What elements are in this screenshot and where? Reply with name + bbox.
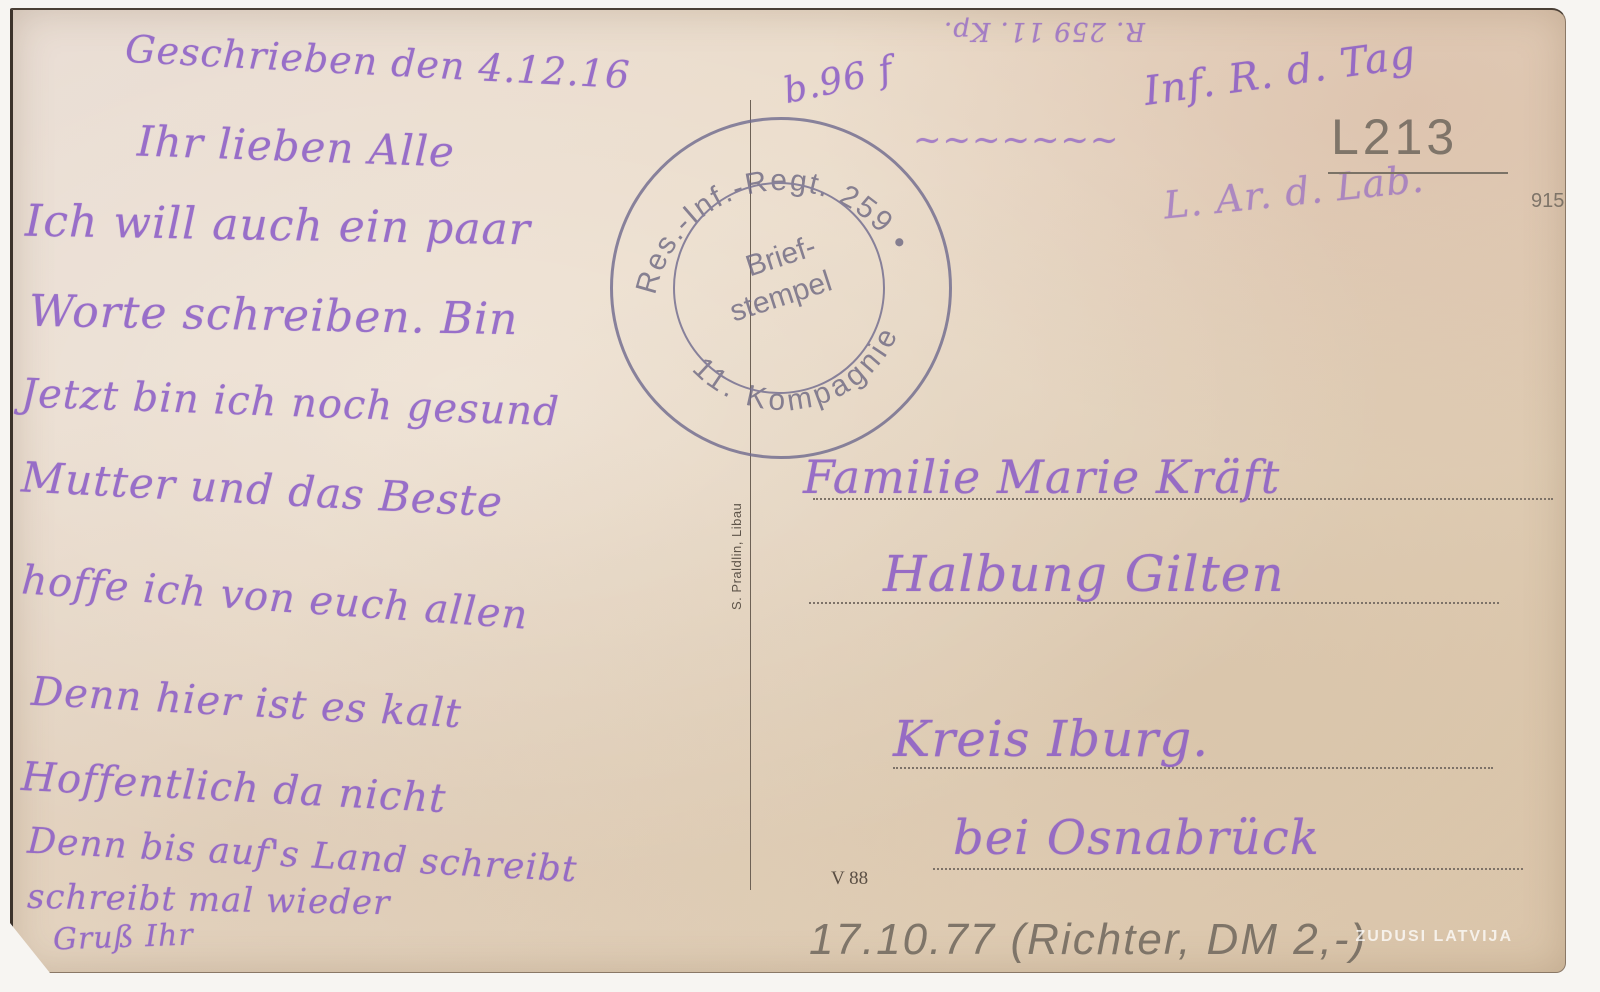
message-line: Ich will auch ein paar — [25, 196, 532, 256]
acquisition-note: 17.10.77 (Richter, DM 2,-) — [809, 915, 1367, 965]
catalog-code: L213 — [1331, 108, 1458, 166]
recipient-address: bei Osnabrück — [953, 810, 1320, 866]
message-line: Denn hier ist es kalt — [30, 669, 463, 737]
message-line: Hoffentlich da nicht — [20, 754, 447, 822]
message-line: Gruß Ihr — [52, 918, 194, 958]
series-number: V 88 — [831, 868, 868, 890]
sender-line: ~~~~~~~ — [913, 120, 1119, 160]
sender-line: L. Ar. d. Lab. — [1161, 156, 1426, 227]
recipient-address: Halbung Gilten — [883, 545, 1285, 603]
regiment-postal-stamp: Res.-Inf.-Regt. 259 • 11. Kompagnie Brie… — [610, 117, 952, 459]
message-line: hoffe ich von euch allen — [20, 557, 530, 638]
catalog-underline — [1328, 172, 1508, 174]
message-line: Worte schreiben. Bin — [29, 286, 519, 346]
publisher-imprint: S. Praldlin, Libau — [729, 503, 744, 610]
recipient-address: Familie Marie Kräft — [803, 450, 1280, 504]
sender-line: R. 259 11. Kp. — [943, 16, 1145, 46]
message-line: schreibt mal wieder — [27, 877, 391, 923]
address-line-4 — [933, 868, 1523, 870]
watermark: ZUDUSI LATVIJA — [1356, 928, 1513, 946]
message-line: Ihr lieben Alle — [136, 116, 456, 176]
message-line: Mutter und das Beste — [20, 452, 504, 526]
page-mark: 915 — [1531, 190, 1564, 213]
sender-line: b.96 f — [780, 49, 897, 112]
sender-line: Inf. R. d. Tag — [1141, 31, 1419, 115]
message-line: Geschrieben den 4.12.16 — [124, 27, 631, 97]
message-line: Jetzt bin ich noch gesund — [20, 371, 560, 436]
postcard-back: Geschrieben den 4.12.16 Ihr lieben Alle … — [10, 8, 1566, 973]
recipient-address: Kreis Iburg. — [893, 710, 1209, 768]
